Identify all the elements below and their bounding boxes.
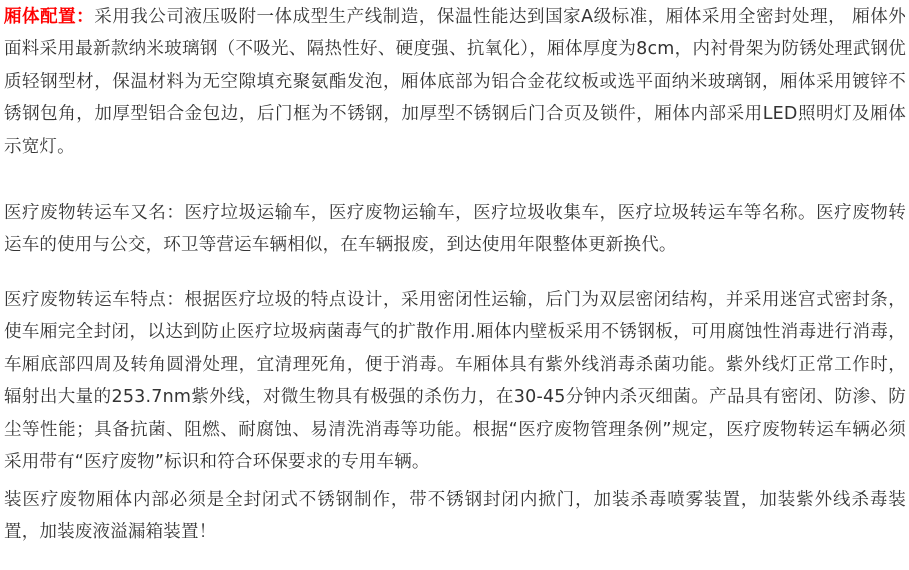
paragraph-text: 采用我公司液压吸附一体成型生产线制造，保温性能达到国家A级标准，厢体采用全密封处… (4, 7, 906, 157)
section-label-box-configuration: 厢体配置： (4, 7, 94, 27)
paragraph-text: 装医疗废物厢体内部必须是全封闭式不锈钢制作，带不锈钢封闭内掀门，加装杀毒喷雾装置… (4, 490, 906, 542)
paragraph-features: 医疗废物转运车特点：根据医疗垃圾的特点设计，采用密闭性运输，后门为双层密闭结构，… (4, 284, 906, 478)
paragraph-text: 医疗废物转运车特点：根据医疗垃圾的特点设计，采用密闭性运输，后门为双层密闭结构，… (4, 290, 906, 472)
paragraph-alias-names: 医疗废物转运车又名：医疗垃圾运输车，医疗废物运输车，医疗垃圾收集车，医疗垃圾转运… (4, 197, 906, 262)
paragraph-box-configuration: 厢体配置：采用我公司液压吸附一体成型生产线制造，保温性能达到国家A级标准，厢体采… (4, 1, 906, 163)
paragraph-interior-requirements: 装医疗废物厢体内部必须是全封闭式不锈钢制作，带不锈钢封闭内掀门，加装杀毒喷雾装置… (4, 484, 906, 549)
paragraph-text: 医疗废物转运车又名：医疗垃圾运输车，医疗废物运输车，医疗垃圾收集车，医疗垃圾转运… (4, 203, 906, 255)
